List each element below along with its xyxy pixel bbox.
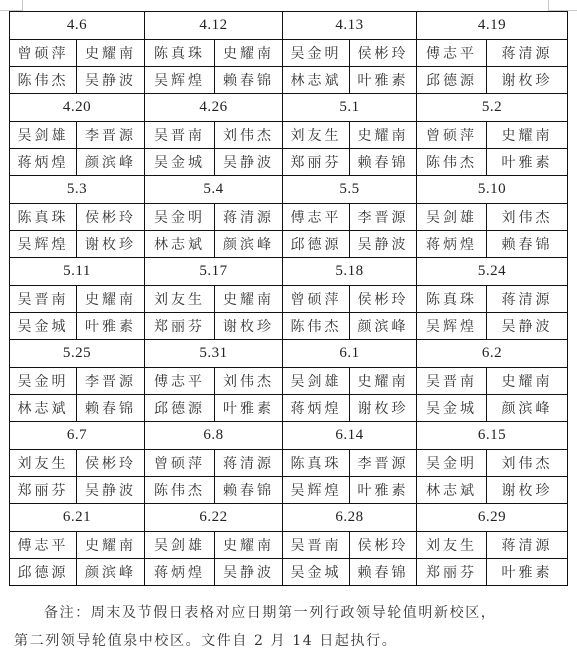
names-row: 郑丽芬吴静波陈伟杰赖春锦吴辉煌叶雅素林志斌谢枚珍 [10, 477, 568, 504]
mingxin-campus-leader-cell: 吴剑雄 [283, 368, 350, 395]
date-cell: 4.6 [10, 12, 145, 40]
mingxin-campus-leader-cell: 吴辉煌 [417, 313, 487, 340]
quanzhong-campus-leader-cell: 谢枚珍 [350, 395, 417, 422]
date-cell: 6.28 [283, 504, 417, 532]
quanzhong-campus-leader-cell: 刘伟杰 [215, 122, 283, 149]
quanzhong-campus-leader-cell: 蒋清源 [487, 532, 568, 559]
quanzhong-campus-leader-cell: 叶雅素 [215, 395, 283, 422]
quanzhong-campus-leader-cell: 赖春锦 [487, 231, 568, 258]
names-row: 林志斌赖春锦邱德源叶雅素蒋炳煌谢枚珍吴金城颜滨峰 [10, 395, 568, 422]
mingxin-campus-leader-cell: 陈真珠 [283, 450, 350, 477]
date-cell: 5.25 [10, 340, 145, 368]
mingxin-campus-leader-cell: 吴金明 [145, 204, 215, 231]
date-cell: 4.20 [10, 94, 145, 122]
quanzhong-campus-leader-cell: 叶雅素 [77, 313, 145, 340]
quanzhong-campus-leader-cell: 叶雅素 [350, 67, 417, 94]
quanzhong-campus-leader-cell: 李晋源 [77, 122, 145, 149]
mingxin-campus-leader-cell: 傅志平 [145, 368, 215, 395]
names-row: 吴金城叶雅素郑丽芬谢枚珍陈伟杰颜滨峰吴辉煌吴静波 [10, 313, 568, 340]
quanzhong-campus-leader-cell: 颜滨峰 [77, 559, 145, 586]
quanzhong-campus-leader-cell: 李晋源 [350, 204, 417, 231]
mingxin-campus-leader-cell: 傅志平 [10, 532, 77, 559]
quanzhong-campus-leader-cell: 侯彬玲 [350, 532, 417, 559]
mingxin-campus-leader-cell: 郑丽芬 [10, 477, 77, 504]
mingxin-campus-leader-cell: 吴金城 [417, 395, 487, 422]
mingxin-campus-leader-cell: 蒋炳煌 [145, 559, 215, 586]
names-row: 吴金明李晋源傅志平刘伟杰吴剑雄史耀南吴晋南史耀南 [10, 368, 568, 395]
mingxin-campus-leader-cell: 吴晋南 [145, 122, 215, 149]
names-row: 吴剑雄李晋源吴晋南刘伟杰刘友生史耀南曾硕萍史耀南 [10, 122, 568, 149]
quanzhong-campus-leader-cell: 史耀南 [350, 368, 417, 395]
names-row: 蒋炳煌颜滨峰吴金城吴静波郑丽芬赖春锦陈伟杰叶雅素 [10, 149, 568, 176]
mingxin-campus-leader-cell: 邱德源 [417, 67, 487, 94]
quanzhong-campus-leader-cell: 蒋清源 [487, 40, 568, 67]
date-cell: 4.12 [145, 12, 283, 40]
quanzhong-campus-leader-cell: 史耀南 [215, 532, 283, 559]
mingxin-campus-leader-cell: 曾硕萍 [10, 40, 77, 67]
mingxin-campus-leader-cell: 陈伟杰 [283, 313, 350, 340]
quanzhong-campus-leader-cell: 谢枚珍 [487, 477, 568, 504]
note-line-1: 备注：周末及节假日表格对应日期第一列行政领导轮值明新校区， [14, 602, 577, 622]
mingxin-campus-leader-cell: 吴金明 [10, 368, 77, 395]
date-row: 4.204.265.15.2 [10, 94, 568, 122]
mingxin-campus-leader-cell: 吴金城 [283, 559, 350, 586]
quanzhong-campus-leader-cell: 史耀南 [215, 40, 283, 67]
mingxin-campus-leader-cell: 邱德源 [10, 559, 77, 586]
page-corner-mark [0, 0, 23, 11]
mingxin-campus-leader-cell: 郑丽芬 [145, 313, 215, 340]
quanzhong-campus-leader-cell: 叶雅素 [487, 149, 568, 176]
mingxin-campus-leader-cell: 邱德源 [145, 395, 215, 422]
quanzhong-campus-leader-cell: 侯彬玲 [77, 450, 145, 477]
mingxin-campus-leader-cell: 吴金城 [145, 149, 215, 176]
date-cell: 6.14 [283, 422, 417, 450]
mingxin-campus-leader-cell: 傅志平 [417, 40, 487, 67]
date-cell: 5.11 [10, 258, 145, 286]
quanzhong-campus-leader-cell: 叶雅素 [350, 477, 417, 504]
quanzhong-campus-leader-cell: 吴静波 [215, 149, 283, 176]
names-row: 曾硕萍史耀南陈真珠史耀南吴金明侯彬玲傅志平蒋清源 [10, 40, 568, 67]
quanzhong-campus-leader-cell: 颜滨峰 [77, 149, 145, 176]
quanzhong-campus-leader-cell: 史耀南 [350, 122, 417, 149]
mingxin-campus-leader-cell: 陈伟杰 [10, 67, 77, 94]
mingxin-campus-leader-cell: 吴剑雄 [417, 204, 487, 231]
quanzhong-campus-leader-cell: 谢枚珍 [77, 231, 145, 258]
quanzhong-campus-leader-cell: 叶雅素 [487, 559, 568, 586]
names-row: 吴晋南史耀南刘友生史耀南曾硕萍侯彬玲陈真珠蒋清源 [10, 286, 568, 313]
date-cell: 5.1 [283, 94, 417, 122]
mingxin-campus-leader-cell: 蒋炳煌 [417, 231, 487, 258]
mingxin-campus-leader-cell: 吴金明 [417, 450, 487, 477]
mingxin-campus-leader-cell: 郑丽芬 [417, 559, 487, 586]
quanzhong-campus-leader-cell: 史耀南 [215, 286, 283, 313]
quanzhong-campus-leader-cell: 史耀南 [77, 286, 145, 313]
mingxin-campus-leader-cell: 林志斌 [283, 67, 350, 94]
mingxin-campus-leader-cell: 傅志平 [283, 204, 350, 231]
mingxin-campus-leader-cell: 刘友生 [145, 286, 215, 313]
date-cell: 6.7 [10, 422, 145, 450]
quanzhong-campus-leader-cell: 史耀南 [487, 122, 568, 149]
mingxin-campus-leader-cell: 陈真珠 [10, 204, 77, 231]
quanzhong-campus-leader-cell: 赖春锦 [350, 559, 417, 586]
names-row: 邱德源颜滨峰蒋炳煌吴静波吴金城赖春锦郑丽芬叶雅素 [10, 559, 568, 586]
quanzhong-campus-leader-cell: 史耀南 [77, 532, 145, 559]
mingxin-campus-leader-cell: 邱德源 [283, 231, 350, 258]
date-cell: 6.2 [417, 340, 568, 368]
page-corner-mark [548, 0, 577, 11]
mingxin-campus-leader-cell: 吴剑雄 [145, 532, 215, 559]
quanzhong-campus-leader-cell: 蒋清源 [215, 204, 283, 231]
quanzhong-campus-leader-cell: 侯彬玲 [350, 40, 417, 67]
date-cell: 6.21 [10, 504, 145, 532]
date-cell: 5.2 [417, 94, 568, 122]
quanzhong-campus-leader-cell: 李晋源 [77, 368, 145, 395]
names-row: 傅志平史耀南吴剑雄史耀南吴晋南侯彬玲刘友生蒋清源 [10, 532, 568, 559]
quanzhong-campus-leader-cell: 侯彬玲 [350, 286, 417, 313]
date-cell: 5.5 [283, 176, 417, 204]
mingxin-campus-leader-cell: 吴晋南 [10, 286, 77, 313]
quanzhong-campus-leader-cell: 吴静波 [350, 231, 417, 258]
mingxin-campus-leader-cell: 郑丽芬 [283, 149, 350, 176]
date-cell: 5.17 [145, 258, 283, 286]
mingxin-campus-leader-cell: 林志斌 [417, 477, 487, 504]
quanzhong-campus-leader-cell: 赖春锦 [215, 67, 283, 94]
date-cell: 5.3 [10, 176, 145, 204]
date-cell: 4.26 [145, 94, 283, 122]
quanzhong-campus-leader-cell: 李晋源 [350, 450, 417, 477]
mingxin-campus-leader-cell: 吴晋南 [283, 532, 350, 559]
mingxin-campus-leader-cell: 刘友生 [283, 122, 350, 149]
date-cell: 5.4 [145, 176, 283, 204]
quanzhong-campus-leader-cell: 吴静波 [487, 313, 568, 340]
mingxin-campus-leader-cell: 吴辉煌 [283, 477, 350, 504]
quanzhong-campus-leader-cell: 赖春锦 [350, 149, 417, 176]
date-row: 5.255.316.16.2 [10, 340, 568, 368]
date-cell: 5.10 [417, 176, 568, 204]
mingxin-campus-leader-cell: 吴晋南 [417, 368, 487, 395]
mingxin-campus-leader-cell: 曾硕萍 [283, 286, 350, 313]
names-row: 陈真珠侯彬玲吴金明蒋清源傅志平李晋源吴剑雄刘伟杰 [10, 204, 568, 231]
quanzhong-campus-leader-cell: 赖春锦 [77, 395, 145, 422]
mingxin-campus-leader-cell: 吴辉煌 [145, 67, 215, 94]
quanzhong-campus-leader-cell: 史耀南 [487, 368, 568, 395]
mingxin-campus-leader-cell: 曾硕萍 [145, 450, 215, 477]
quanzhong-campus-leader-cell: 颜滨峰 [215, 231, 283, 258]
mingxin-campus-leader-cell: 吴剑雄 [10, 122, 77, 149]
quanzhong-campus-leader-cell: 侯彬玲 [77, 204, 145, 231]
mingxin-campus-leader-cell: 林志斌 [10, 395, 77, 422]
date-row: 5.115.175.185.24 [10, 258, 568, 286]
mingxin-campus-leader-cell: 吴金城 [10, 313, 77, 340]
date-cell: 6.29 [417, 504, 568, 532]
mingxin-campus-leader-cell: 陈伟杰 [417, 149, 487, 176]
date-cell: 4.13 [283, 12, 417, 40]
quanzhong-campus-leader-cell: 刘伟杰 [487, 204, 568, 231]
date-cell: 5.18 [283, 258, 417, 286]
quanzhong-campus-leader-cell: 颜滨峰 [350, 313, 417, 340]
quanzhong-campus-leader-cell: 吴静波 [215, 559, 283, 586]
date-cell: 6.1 [283, 340, 417, 368]
mingxin-campus-leader-cell: 吴金明 [283, 40, 350, 67]
quanzhong-campus-leader-cell: 赖春锦 [215, 477, 283, 504]
names-row: 陈伟杰吴静波吴辉煌赖春锦林志斌叶雅素邱德源谢枚珍 [10, 67, 568, 94]
date-cell: 6.8 [145, 422, 283, 450]
date-row: 6.216.226.286.29 [10, 504, 568, 532]
quanzhong-campus-leader-cell: 吴静波 [77, 67, 145, 94]
mingxin-campus-leader-cell: 陈真珠 [145, 40, 215, 67]
mingxin-campus-leader-cell: 刘友生 [10, 450, 77, 477]
date-row: 4.64.124.134.19 [10, 12, 568, 40]
quanzhong-campus-leader-cell: 谢枚珍 [487, 67, 568, 94]
date-row: 5.35.45.55.10 [10, 176, 568, 204]
date-cell: 6.15 [417, 422, 568, 450]
mingxin-campus-leader-cell: 刘友生 [417, 532, 487, 559]
mingxin-campus-leader-cell: 蒋炳煌 [10, 149, 77, 176]
quanzhong-campus-leader-cell: 颜滨峰 [487, 395, 568, 422]
quanzhong-campus-leader-cell: 谢枚珍 [215, 313, 283, 340]
date-cell: 5.31 [145, 340, 283, 368]
duty-schedule-table: 4.64.124.134.19曾硕萍史耀南陈真珠史耀南吴金明侯彬玲傅志平蒋清源陈… [9, 11, 568, 586]
quanzhong-campus-leader-cell: 刘伟杰 [215, 368, 283, 395]
date-row: 6.76.86.146.15 [10, 422, 568, 450]
quanzhong-campus-leader-cell: 吴静波 [77, 477, 145, 504]
mingxin-campus-leader-cell: 林志斌 [145, 231, 215, 258]
date-cell: 6.22 [145, 504, 283, 532]
mingxin-campus-leader-cell: 吴辉煌 [10, 231, 77, 258]
quanzhong-campus-leader-cell: 刘伟杰 [487, 450, 568, 477]
names-row: 刘友生侯彬玲曾硕萍蒋清源陈真珠李晋源吴金明刘伟杰 [10, 450, 568, 477]
quanzhong-campus-leader-cell: 蒋清源 [487, 286, 568, 313]
note-line-2: 第二列领导轮值泉中校区。文件自 2 月 14 日起执行。 [14, 630, 569, 650]
mingxin-campus-leader-cell: 曾硕萍 [417, 122, 487, 149]
quanzhong-campus-leader-cell: 史耀南 [77, 40, 145, 67]
mingxin-campus-leader-cell: 蒋炳煌 [283, 395, 350, 422]
quanzhong-campus-leader-cell: 蒋清源 [215, 450, 283, 477]
date-cell: 5.24 [417, 258, 568, 286]
names-row: 吴辉煌谢枚珍林志斌颜滨峰邱德源吴静波蒋炳煌赖春锦 [10, 231, 568, 258]
mingxin-campus-leader-cell: 陈真珠 [417, 286, 487, 313]
mingxin-campus-leader-cell: 陈伟杰 [145, 477, 215, 504]
date-cell: 4.19 [417, 12, 568, 40]
